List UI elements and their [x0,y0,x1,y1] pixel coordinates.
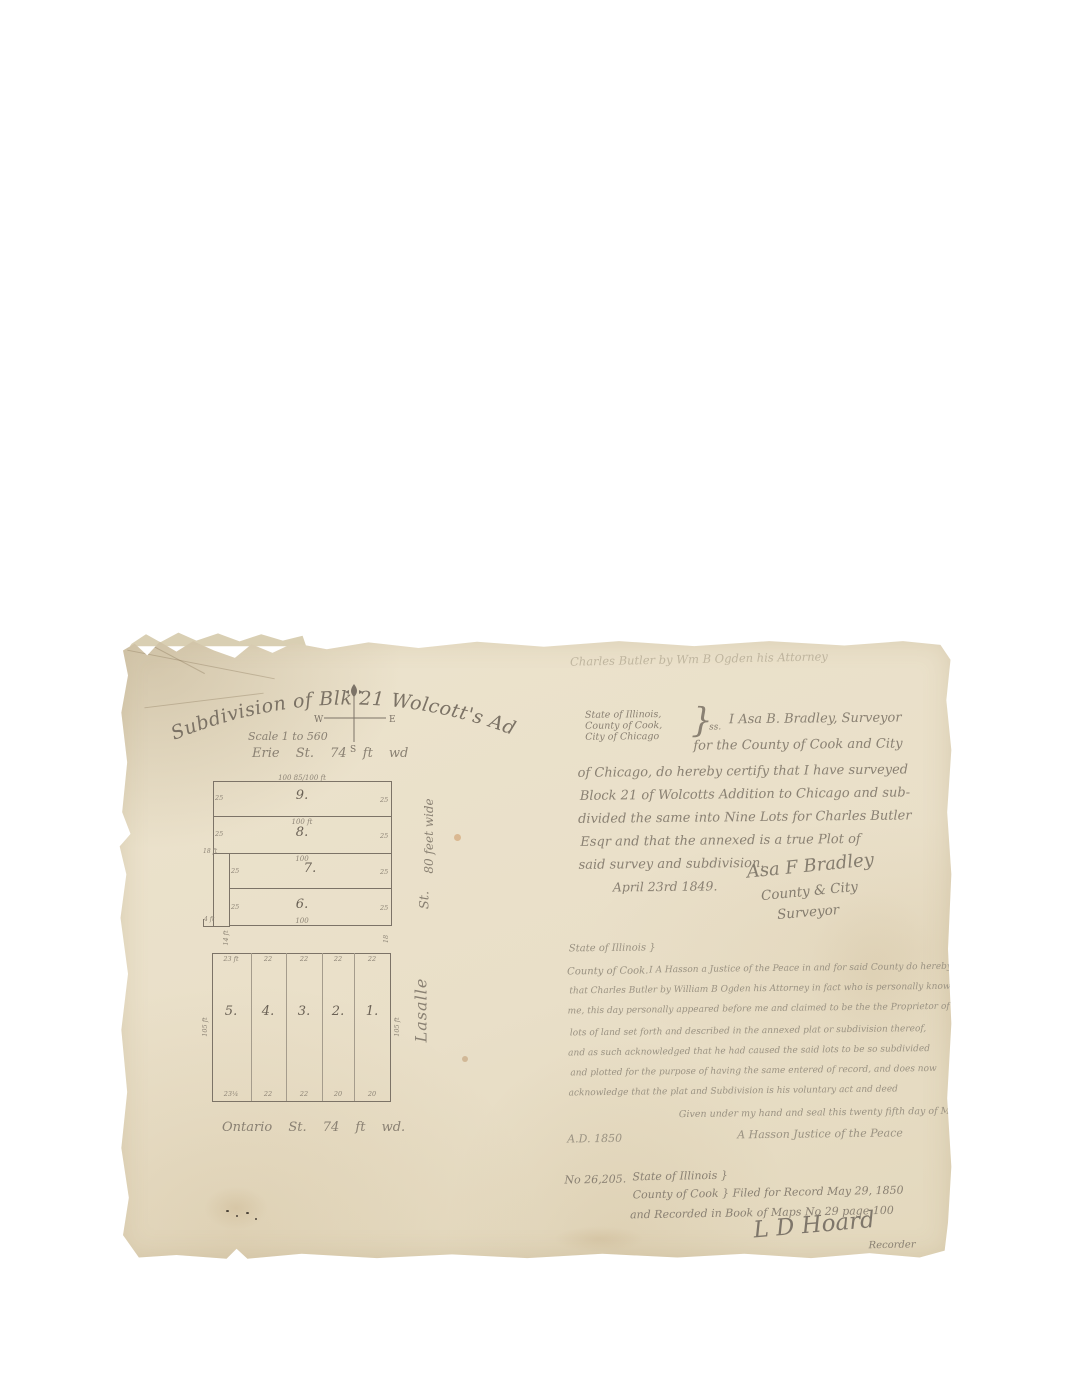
certificate-date: April 23rd 1849. [613,878,718,894]
dim-label: 25 [380,904,388,912]
lot-7-6-divider [229,888,392,889]
venue-brace: } [691,700,713,740]
ack-venue-line: State of Illinois } [569,942,656,954]
lot-number: 1. [354,1004,390,1019]
lower-block-left-line [212,953,213,1101]
dim-label: 100 ft [272,818,332,826]
recorder-title: Recorder [869,1239,916,1251]
ack-line: that Charles Butler by William B Ogden h… [569,982,968,997]
lot-3-2-divider [322,953,323,1101]
compass-east-label: E [389,715,396,725]
compass-rose: W E S [314,682,398,754]
lower-block-right-line [390,953,391,1102]
venue-line: City of Chicago [585,731,705,743]
surveyor-signature: Asa F Bradley [746,849,875,882]
ink-speckle [246,1212,249,1214]
dim-label: 25 [215,830,223,838]
ink-speckle [255,1218,257,1220]
dim-label: 4 ft [204,916,214,923]
dim-label: 25 [231,867,239,875]
dim-label: 25 [380,832,388,840]
street-label-ontario: Ontario St. 74 ft wd. [222,1120,405,1135]
certificate-line: I Asa B. Bradley, Surveyor [729,710,902,727]
dim-label: 100 [272,855,332,863]
dim-label: 100 [272,917,332,925]
plat-document-paper: Subdivision of Blk 21 Wolcott's Addn Sca… [118,638,953,1260]
ink-speckle [226,1210,229,1212]
dim-label: 22 [250,955,286,963]
certificate-line: said survey and subdivision. [578,856,764,873]
upper-block-jut-line [203,926,230,927]
certificate-venue: State of Illinois, County of Cook, City … [585,709,705,743]
certificate-line: Block 21 of Wolcotts Addition to Chicago… [580,785,910,803]
upper-block-bottom-line [229,925,392,926]
lot-4-3-divider [286,953,287,1101]
recording-number: No 26,205. [564,1172,626,1186]
dim-label: 23 ft [213,955,249,963]
lot-5-4-divider [251,953,252,1101]
lot-9-8-divider [213,816,392,817]
street-label-erie: Erie St. 74 ft wd [252,746,408,761]
foxing-spot [462,1056,468,1062]
scanned-document-photo: Subdivision of Blk 21 Wolcott's Addn Sca… [0,0,1071,1386]
lower-block-bottom-line [212,1101,391,1102]
dim-label: 22 [250,1090,286,1098]
lot-number: 5. [213,1004,249,1019]
stain [204,1186,268,1230]
recording-line: County of Cook } Filed for Record May 29… [633,1184,904,1202]
recording-block: No 26,205. State of Illinois } County of… [557,1159,979,1261]
lot-number: 6. [267,897,337,912]
recording-line: State of Illinois } [632,1169,728,1184]
street-label-lasalle-st: St. [418,891,433,909]
ack-line: me, this day personally appeared before … [568,1002,968,1017]
dim-label: 22 [320,955,356,963]
dim-label: 23¼ [213,1090,249,1098]
dim-label: 18 ft [203,848,217,855]
dim-label: 25 [231,903,239,911]
dim-label: 105 ft [201,1017,209,1037]
dim-label: 22 [354,955,390,963]
lot-number: 9. [267,788,337,803]
foxing-spot [454,834,461,841]
ack-venue-line: County of Cook. [567,965,648,977]
ack-date: A.D. 1850 [567,1132,622,1146]
compass-north-ornament [345,684,363,697]
certificate-line: Esqr and that the annexed is a true Plot… [580,832,861,850]
lot-8-7-divider [213,853,392,854]
dim-label: 20 [354,1090,390,1098]
torn-paper-flap [128,631,308,647]
lot-number: 4. [250,1004,286,1019]
lot-number: 8. [267,825,337,840]
certificate-line: for the County of Cook and City [693,736,902,753]
dim-label: 22 [286,1090,322,1098]
surveyor-signature-line3: Surveyor [777,902,840,923]
dim-label: 25 [380,796,388,804]
ss-abbreviation: ss. [709,722,721,732]
ack-line: and plotted for the purpose of having th… [570,1064,936,1078]
pencil-note: Charles Butler by Wm B Ogden his Attorne… [570,649,828,668]
alley-dim-label: 18 [382,935,390,943]
ack-line: acknowledge that the plat and Subdivisio… [569,1084,898,1098]
alley-dim-label: 14 ft [222,930,230,945]
dim-label: 25 [215,794,223,802]
ack-line: and as such acknowledged that he had cau… [568,1044,930,1058]
certificate-line: of Chicago, do hereby certify that I hav… [577,762,908,780]
ack-line: I A Hasson a Justice of the Peace in and… [649,961,984,975]
street-label-lasalle-width: 80 feet wide [422,798,436,873]
certificate-line: divided the same into Nine Lots for Char… [578,808,912,826]
lot-number: 3. [286,1004,322,1019]
dim-label: 22 [286,955,322,963]
dim-label: 25 [380,868,388,876]
surveyor-signature-line2: County & City [760,879,858,904]
lot-number: 7. [275,861,345,876]
ack-line: Given under my hand and seal this twenty… [679,1106,962,1120]
ack-line: lots of land set forth and described in … [570,1024,926,1038]
lower-block-top-line [212,953,391,954]
dim-label: 20 [320,1090,356,1098]
ink-speckle [236,1215,238,1217]
lot-2-1-divider [354,953,355,1101]
dim-label: 105 ft [393,1017,401,1037]
upper-block-notch-line [229,853,230,926]
justice-signature: A Hasson Justice of the Peace [737,1126,903,1141]
lot-number: 2. [320,1004,356,1019]
surveyor-certificate: State of Illinois, County of Cook, City … [557,696,959,930]
street-label-lasalle-name: Lasalle [412,978,431,1043]
dim-label: 100 85/100 ft [252,774,352,782]
compass-west-label: W [314,715,324,725]
acknowledgment-block: State of Illinois } County of Cook. I A … [557,930,980,1150]
